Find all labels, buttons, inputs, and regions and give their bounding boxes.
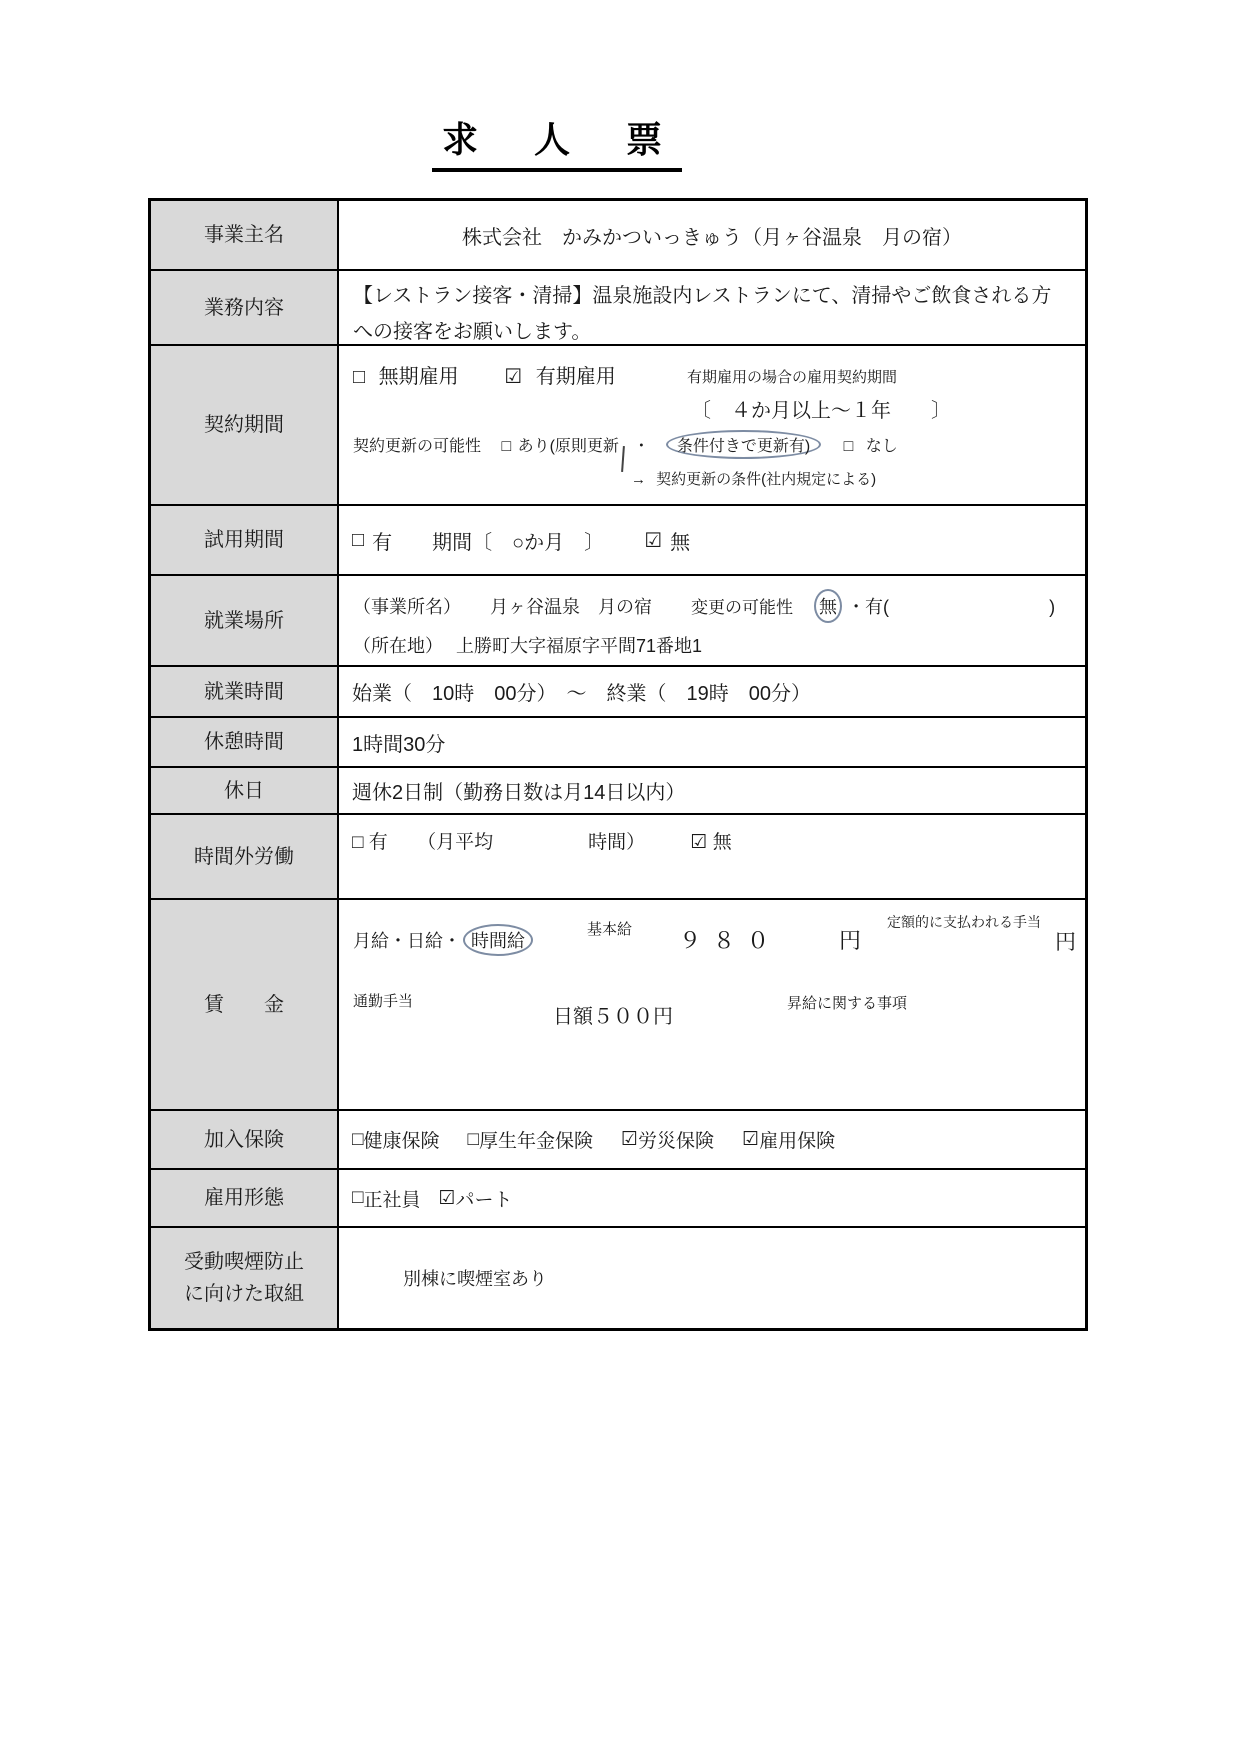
row-label: 時間外労働: [151, 815, 339, 898]
wages-cell: 月給・日給・時間給 基本給 ９８０ 円 定額的に支払われる手当 円 通勤手当 日…: [339, 900, 1085, 1109]
row-label: 就業時間: [151, 667, 339, 716]
row-trial-period: 試用期間 □ 有 期間〔 ○か月 〕 ☑ 無: [151, 506, 1085, 576]
insurance-cell: □ 健康保険 □ 厚生年金保険 ☑ 労災保険 ☑ 雇用保険: [339, 1111, 1085, 1168]
row-employment-type: 雇用形態 □ 正社員 ☑ パート: [151, 1170, 1085, 1228]
row-label: 休憩時間: [151, 718, 339, 766]
job-description-cell: 【レストラン接客・清掃】温泉施設内レストランにて、清掃やご飲食される方への接客を…: [339, 271, 1085, 344]
pay-type-prefix: 月給・日給・: [353, 931, 461, 951]
row-label: 賃 金: [151, 900, 339, 1109]
base-pay-amount: ９８０: [679, 924, 781, 955]
renewal-no-label: なし: [866, 438, 898, 455]
checkbox-unchecked-icon: □: [352, 529, 364, 552]
change-after-label: ・有(: [847, 597, 889, 617]
checkbox-unchecked-icon: □: [352, 1129, 363, 1151]
checkbox-checked-icon: ☑: [504, 364, 522, 389]
row-label: 加入保険: [151, 1111, 339, 1168]
document-title-text: 求 人 票: [432, 112, 682, 172]
checkbox-unchecked-icon: □: [352, 1187, 363, 1209]
change-close-paren: ): [1049, 597, 1055, 617]
contract-type-line: □ 無期雇用 ☑ 有期雇用: [353, 360, 616, 389]
checkbox-unchecked-icon: □: [501, 438, 511, 456]
insurance-pension-label: 厚生年金保険: [479, 1126, 593, 1153]
row-label: 業務内容: [151, 271, 339, 344]
address-line: （所在地） 上勝町大字福原字平間71番地1: [353, 632, 702, 658]
renewal-condition-line: → 契約更新の条件(社内規定による): [631, 468, 876, 489]
job-description-value: 【レストラン接客・清掃】温泉施設内レストランにて、清掃やご飲食される方への接客を…: [339, 271, 1085, 350]
document-title: 求 人 票: [0, 112, 1114, 172]
break-time-value: 1時間30分: [339, 718, 1085, 766]
row-smoking-measures: 受動喫煙防止 に向けた取組 別棟に喫煙室あり: [151, 1228, 1085, 1328]
fixed-term-value: 〔 ４か月以上～１年 〕: [691, 394, 951, 423]
circle-annotation: 無: [814, 589, 842, 623]
insurance-employment-label: 雇用保険: [759, 1126, 835, 1153]
trial-yes-label: 有: [372, 526, 392, 555]
insurance-accident-label: 労災保険: [638, 1126, 714, 1153]
smoking-value: 別棟に喫煙室あり: [339, 1228, 1085, 1328]
renewal-caption: 契約更新の可能性: [353, 438, 481, 455]
office-name: 月ヶ谷温泉 月の宿: [490, 597, 652, 617]
circle-annotation: 時間給: [463, 924, 533, 956]
address-caption: （所在地）: [353, 636, 443, 656]
employment-type-cell: □ 正社員 ☑ パート: [339, 1170, 1085, 1226]
row-work-hours: 就業時間 始業（ 10時 00分） ～ 終業（ 19時 00分）: [151, 667, 1085, 718]
row-overtime: 時間外労働 □ 有 （月平均 時間） ☑ 無: [151, 815, 1085, 900]
trial-term-label: 期間〔 ○か月 〕: [432, 526, 604, 555]
trial-no-label: 無: [670, 526, 690, 555]
row-contract-period: 契約期間 □ 無期雇用 ☑ 有期雇用 有期雇用の場合の雇用契約期間 〔 ４か月以…: [151, 346, 1085, 506]
checkbox-checked-icon: ☑: [644, 528, 662, 553]
renewal-line: 契約更新の可能性 □ あり(原則更新 ・ 条件付きで更新有) □ なし: [353, 430, 898, 459]
pay-type-line: 月給・日給・時間給: [353, 924, 535, 956]
job-table: 事業主名 株式会社 かみかついっきゅう（月ヶ谷温泉 月の宿） 業務内容 【レスト…: [148, 198, 1088, 1331]
checkbox-checked-icon: ☑: [690, 831, 707, 854]
office-line: （事業所名） 月ヶ谷温泉 月の宿 変更の可能性 無 ・有( ): [353, 589, 1055, 623]
checkbox-unchecked-icon: □: [352, 832, 363, 854]
circle-annotation: 条件付きで更新有): [666, 430, 821, 459]
employment-fulltime-label: 正社員: [363, 1185, 420, 1212]
row-break-time: 休憩時間 1時間30分: [151, 718, 1085, 768]
overtime-no-label: 無: [713, 832, 732, 853]
overtime-cell: □ 有 （月平均 時間） ☑ 無: [339, 815, 1085, 898]
row-insurance: 加入保険 □ 健康保険 □ 厚生年金保険 ☑ 労災保険 ☑ 雇用保険: [151, 1111, 1085, 1170]
change-caption: 変更の可能性: [691, 598, 793, 617]
fixed-term-caption: 有期雇用の場合の雇用契約期間: [687, 366, 897, 387]
commute-caption: 通勤手当: [353, 990, 413, 1011]
renewal-yes-label: あり(原則更新: [518, 438, 619, 455]
checkbox-checked-icon: ☑: [621, 1128, 638, 1151]
base-pay-unit: 円: [839, 924, 861, 955]
office-caption: （事業所名）: [353, 597, 461, 617]
checkbox-checked-icon: ☑: [439, 1187, 456, 1210]
annotation-stroke: [621, 446, 625, 472]
row-work-location: 就業場所 （事業所名） 月ヶ谷温泉 月の宿 変更の可能性 無 ・有( ) （所在…: [151, 576, 1085, 667]
row-label: 契約期間: [151, 346, 339, 504]
row-label: 休日: [151, 768, 339, 813]
job-posting-document: 求 人 票 事業主名 株式会社 かみかついっきゅう（月ヶ谷温泉 月の宿） 業務内…: [0, 0, 1240, 1753]
row-job-description: 業務内容 【レストラン接客・清掃】温泉施設内レストランにて、清掃やご飲食される方…: [151, 271, 1085, 346]
row-holidays: 休日 週休2日制（勤務日数は月14日以内）: [151, 768, 1085, 815]
row-label: 雇用形態: [151, 1170, 339, 1226]
checkbox-unchecked-icon: □: [353, 366, 365, 389]
arrow-icon: →: [631, 471, 646, 488]
indefinite-employment-label: 無期雇用: [379, 366, 459, 388]
fixed-employment-label: 有期雇用: [536, 366, 616, 388]
checkbox-unchecked-icon: □: [844, 438, 854, 456]
smoking-label-line1: 受動喫煙防止: [184, 1246, 304, 1278]
renewal-separator: ・: [633, 438, 649, 455]
base-pay-caption: 基本給: [587, 918, 632, 939]
change-none-label: 無: [819, 597, 837, 617]
commute-amount: 日額５００円: [553, 1000, 673, 1029]
smoking-label-line2: に向けた取組: [184, 1278, 304, 1310]
business-name-value: 株式会社 かみかついっきゅう（月ヶ谷温泉 月の宿）: [339, 201, 1085, 269]
work-hours-value: 始業（ 10時 00分） ～ 終業（ 19時 00分）: [339, 667, 1085, 716]
overtime-yes-label: 有: [369, 832, 388, 853]
overtime-average-label: （月平均 時間）: [417, 832, 645, 853]
overtime-line: □ 有 （月平均 時間） ☑ 無: [352, 827, 732, 854]
checkbox-unchecked-icon: □: [468, 1129, 479, 1151]
trial-period-cell: □ 有 期間〔 ○か月 〕 ☑ 無: [339, 506, 1085, 574]
checkbox-checked-icon: ☑: [742, 1128, 759, 1151]
work-location-cell: （事業所名） 月ヶ谷温泉 月の宿 変更の可能性 無 ・有( ) （所在地） 上勝…: [339, 576, 1085, 665]
address-value: 上勝町大字福原字平間71番地1: [456, 636, 702, 656]
insurance-health-label: 健康保険: [363, 1126, 439, 1153]
holidays-value: 週休2日制（勤務日数は月14日以内）: [339, 768, 1085, 813]
row-label: 就業場所: [151, 576, 339, 665]
row-business-name: 事業主名 株式会社 かみかついっきゅう（月ヶ谷温泉 月の宿）: [151, 201, 1085, 271]
pay-type-circled: 時間給: [471, 931, 525, 951]
raise-caption: 昇給に関する事項: [787, 992, 907, 1013]
fixed-allowance-caption: 定額的に支払われる手当: [887, 912, 1041, 932]
employment-parttime-label: パート: [456, 1185, 513, 1212]
row-wages: 賃 金 月給・日給・時間給 基本給 ９８０ 円 定額的に支払われる手当 円 通勤…: [151, 900, 1085, 1111]
contract-period-cell: □ 無期雇用 ☑ 有期雇用 有期雇用の場合の雇用契約期間 〔 ４か月以上～１年 …: [339, 346, 1085, 504]
fixed-allowance-unit: 円: [1055, 926, 1076, 956]
renewal-conditional-label: 条件付きで更新有): [677, 438, 810, 455]
row-label: 事業主名: [151, 201, 339, 269]
row-label: 試用期間: [151, 506, 339, 574]
renewal-condition-text: 契約更新の条件(社内規定による): [656, 471, 876, 488]
row-label: 受動喫煙防止 に向けた取組: [151, 1228, 339, 1328]
